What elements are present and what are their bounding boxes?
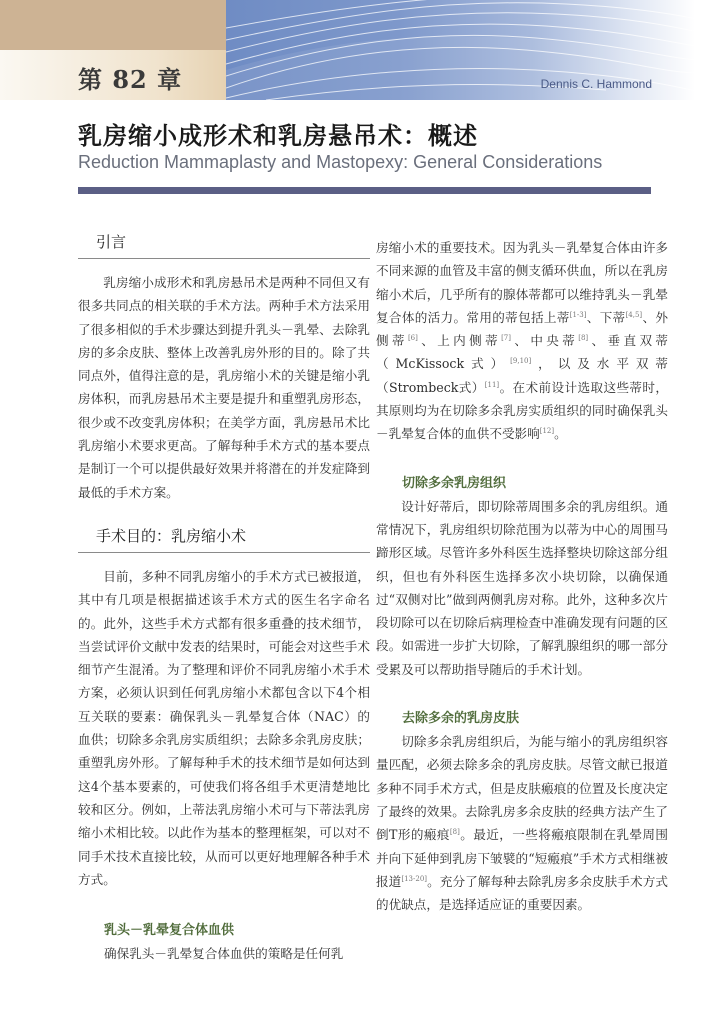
chapter-title-english: Reduction Mammaplasty and Mastopexy: Gen… bbox=[78, 152, 602, 173]
nac-paragraph-continued: 房缩小术的重要技术。因为乳头－乳晕复合体由许多不同来源的血管及丰富的侧支循环供血… bbox=[376, 236, 668, 446]
citation-ref: [8] bbox=[578, 334, 588, 342]
section-heading-intro: 引言 bbox=[78, 232, 370, 259]
parenchyma-paragraph: 设计好蒂后，即切除蒂周围多余的乳房组织。通常情况下，乳房组织切除范围为以蒂为中心… bbox=[376, 495, 668, 681]
citation-ref: [4,5] bbox=[626, 311, 643, 319]
subheading-nac-blood-supply: 乳头－乳晕复合体血供 bbox=[78, 919, 370, 942]
subheading-skin-removal: 去除多余的乳房皮肤 bbox=[376, 707, 668, 730]
subheading-parenchyma-resection: 切除多余乳房组织 bbox=[376, 472, 668, 495]
chapter-number: 第 82 章 bbox=[78, 60, 182, 95]
title-divider-bar bbox=[78, 187, 651, 194]
chapter-banner: 第 82 章 Dennis C. Hammond bbox=[0, 0, 720, 100]
nac-paragraph-start: 确保乳头－乳晕复合体血供的策略是任何乳 bbox=[78, 942, 370, 965]
skin-paragraph: 切除多余乳房组织后，为能与缩小的乳房组织容量匹配，必须去除多余的乳房皮肤。尽管文… bbox=[376, 730, 668, 916]
chapter-title-chinese: 乳房缩小成形术和乳房悬吊术：概述 bbox=[78, 116, 478, 151]
right-column: 房缩小术的重要技术。因为乳头－乳晕复合体由许多不同来源的血管及丰富的侧支循环供血… bbox=[376, 236, 668, 916]
citation-ref: [8] bbox=[450, 828, 460, 836]
citation-ref: [6] bbox=[408, 334, 418, 342]
citation-ref: [1-3] bbox=[570, 311, 587, 319]
section-heading-purpose: 手术目的：乳房缩小术 bbox=[78, 526, 370, 553]
intro-paragraph: 乳房缩小成形术和乳房悬吊术是两种不同但又有很多共同点的相关联的手术方法。两种手术… bbox=[78, 271, 370, 504]
left-column: 引言 乳房缩小成形术和乳房悬吊术是两种不同但又有很多共同点的相关联的手术方法。两… bbox=[78, 232, 370, 965]
banner-tan-block bbox=[0, 0, 226, 50]
citation-ref: [13-20] bbox=[401, 875, 427, 883]
citation-ref: [12] bbox=[540, 427, 554, 435]
citation-ref: [11] bbox=[485, 381, 499, 389]
author-name: Dennis C. Hammond bbox=[541, 77, 652, 91]
citation-ref: [7] bbox=[501, 334, 511, 342]
purpose-paragraph: 目前，多种不同乳房缩小的手术方式已被报道，其中有几项是根据描述该手术方式的医生名… bbox=[78, 565, 370, 891]
citation-ref: [9,10] bbox=[510, 357, 531, 365]
